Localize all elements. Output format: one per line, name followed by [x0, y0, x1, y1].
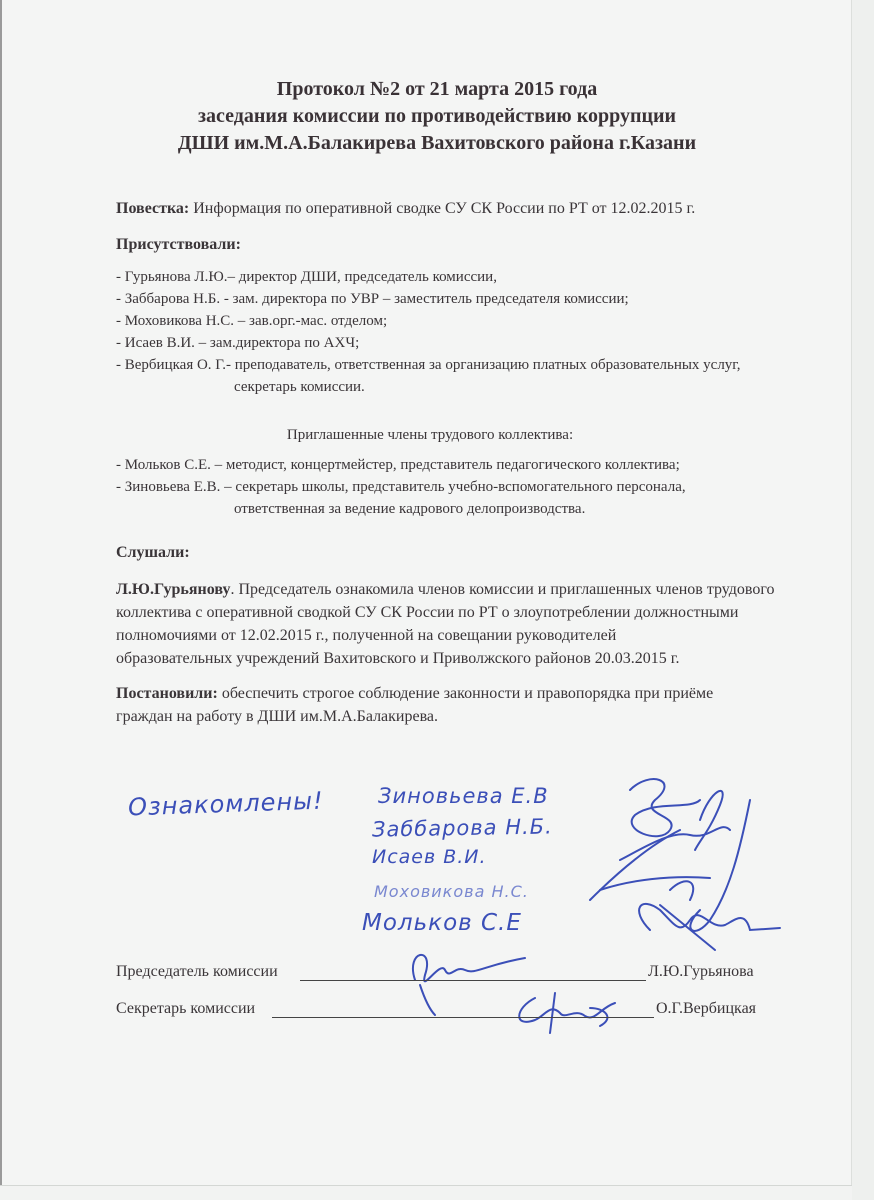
agenda: Повестка: Информация по оперативной свод…: [116, 198, 796, 220]
decision-label: Постановили:: [116, 685, 218, 702]
chair-signature-label: Председатель комиссии: [116, 961, 278, 983]
handwritten-name: Мольков С.Е: [362, 910, 522, 936]
list-item: - Зиновьева Е.В. – секретарь школы, пред…: [116, 476, 796, 498]
heard-body: Л.Ю.Гурьянову. Председатель ознакомила ч…: [116, 578, 796, 670]
agenda-label: Повестка:: [116, 200, 189, 217]
page-edge: [0, 0, 2, 1200]
title-line: ДШИ им.М.А.Балакирева Вахитовского район…: [0, 130, 874, 157]
speaker-name: Л.Ю.Гурьянову: [116, 581, 230, 598]
heard-line: . Председатель ознакомила членов комисси…: [230, 581, 774, 598]
list-item: - Исаев В.И. – зам.директора по АХЧ;: [116, 332, 796, 354]
list-item-continuation: секретарь комиссии.: [116, 376, 796, 398]
heard-line: полномочиями от 12.02.2015 г., полученно…: [116, 624, 796, 647]
agenda-text: Информация по оперативной сводке СУ СК Р…: [189, 200, 695, 217]
invited-heading: Приглашенные члены трудового коллектива:: [130, 424, 730, 446]
list-item: - Мольков С.Е. – методист, концертмейсте…: [116, 454, 796, 476]
chair-name: Л.Ю.Гурьянова: [648, 961, 754, 983]
decision-line: обеспечить строгое соблюдение законности…: [218, 685, 713, 702]
signature-scribbles-icon: [560, 760, 800, 970]
present-list: - Гурьянова Л.Ю.– директор ДШИ, председа…: [116, 266, 796, 398]
handwritten-name: Зиновьева Е.В: [378, 784, 549, 808]
handwritten-name: Моховикова Н.С.: [374, 882, 529, 901]
secretary-signature-line: [272, 1017, 654, 1018]
decision-line: граждан на работу в ДШИ им.М.А.Балакирев…: [116, 705, 796, 728]
page-edge: [851, 0, 874, 1200]
handwritten-name: Заббарова Н.Б.: [372, 814, 553, 841]
handwritten-name: Исаев В.И.: [372, 846, 487, 868]
chair-signature-line: [300, 980, 646, 981]
secretary-signature-label: Секретарь комиссии: [116, 998, 255, 1020]
list-item: - Гурьянова Л.Ю.– директор ДШИ, председа…: [116, 266, 796, 288]
list-item: - Моховикова Н.С. – зав.орг.-мас. отдело…: [116, 310, 796, 332]
title-line: заседания комиссии по противодействию ко…: [0, 103, 874, 130]
list-item: - Вербицкая О. Г.- преподаватель, ответс…: [116, 354, 796, 376]
secretary-name: О.Г.Вербицкая: [656, 998, 756, 1020]
invited-list: - Мольков С.Е. – методист, концертмейсте…: [116, 454, 796, 520]
list-item: - Заббарова Н.Б. - зам. директора по УВР…: [116, 288, 796, 310]
list-item-continuation: ответственная за ведение кадрового делоп…: [116, 498, 796, 520]
heard-heading: Слушали:: [116, 542, 796, 564]
heard-line: коллектива с оперативной сводкой СУ СК Р…: [116, 601, 796, 624]
present-heading: Присутствовали:: [116, 234, 796, 256]
page-edge: [0, 1185, 852, 1200]
decision: Постановили: обеспечить строгое соблюден…: [116, 682, 796, 728]
title-line: Протокол №2 от 21 марта 2015 года: [0, 76, 874, 103]
acknowledged-label: Ознакомлены!: [128, 787, 325, 822]
document-title: Протокол №2 от 21 марта 2015 года заседа…: [0, 76, 874, 157]
heard-line: образовательных учреждений Вахитовского …: [116, 647, 796, 670]
secretary-signature-icon: [505, 988, 635, 1038]
